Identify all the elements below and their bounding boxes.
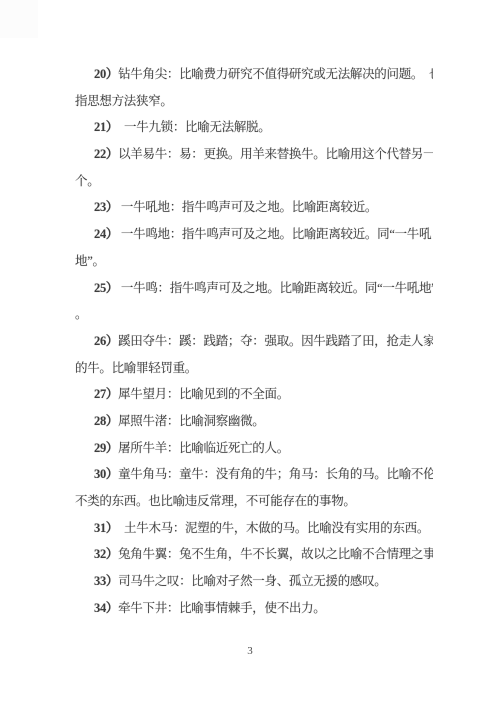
line-text: 犀牛望月：比喻见到的不全面。 bbox=[118, 387, 289, 401]
line-text: 蹊田夺牛：蹊：践踏；夺：强取。因牛践踏了田，抢走人家 bbox=[118, 334, 433, 348]
line-number: 22） bbox=[94, 147, 118, 161]
text-line: 27）犀牛望月：比喻见到的不全面。 bbox=[75, 381, 433, 408]
line-text: 一牛鸣：指牛鸣声可及之地。比喻距离较近。同“一牛吼地” bbox=[118, 281, 433, 295]
line-text: 兔角牛翼：兔不生角，牛不长翼，故以之比喻不合情理之事。 bbox=[118, 547, 433, 561]
line-text: 司马牛之叹：比喻对孑然一身、孤立无援的感叹。 bbox=[118, 574, 386, 588]
text-line: 个。 bbox=[75, 168, 433, 195]
line-number: 24） bbox=[94, 227, 118, 241]
line-number: 28） bbox=[94, 414, 118, 428]
text-line: 28）犀照牛渚：比喻洞察幽微。 bbox=[75, 408, 433, 435]
text-line: 26）蹊田夺牛：蹊：践踏；夺：强取。因牛践踏了田，抢走人家 bbox=[75, 328, 433, 355]
line-text: 以羊易牛：易：更换。用羊来替换牛。比喻用这个代替另一 bbox=[118, 147, 433, 161]
text-block: 20）钻牛角尖：比喻费力研究不值得研究或无法解决的问题。 也指思想方法狭窄。21… bbox=[75, 61, 433, 621]
text-line: 的牛。比喻罪轻罚重。 bbox=[75, 355, 433, 382]
text-line: 25） 一牛鸣：指牛鸣声可及之地。比喻距离较近。同“一牛吼地” bbox=[75, 275, 433, 302]
line-text: 一牛九锁：比喻无法解脱。 bbox=[112, 120, 271, 134]
text-line: 指思想方法狭窄。 bbox=[75, 88, 433, 115]
line-number: 20） bbox=[94, 67, 118, 81]
line-text: 指思想方法狭窄。 bbox=[75, 94, 173, 108]
line-text: 牵牛下井：比喻事情棘手，使不出力。 bbox=[118, 601, 325, 615]
text-line: 23） 一牛吼地：指牛鸣声可及之地。比喻距离较近。 bbox=[75, 194, 433, 221]
text-line: 22）以羊易牛：易：更换。用羊来替换牛。比喻用这个代替另一 bbox=[75, 141, 433, 168]
line-text: 地”。 bbox=[75, 254, 105, 268]
line-text: 不类的东西。也比喻违反常理，不可能存在的事物。 bbox=[75, 494, 356, 508]
line-text: 。 bbox=[75, 307, 87, 321]
scan-artifact bbox=[0, 0, 38, 38]
text-line: 。 bbox=[75, 301, 433, 328]
page-number: 3 bbox=[0, 645, 500, 657]
line-number: 21） bbox=[94, 120, 112, 134]
text-line: 34）牵牛下井：比喻事情棘手，使不出力。 bbox=[75, 595, 433, 622]
line-number: 34） bbox=[94, 601, 118, 615]
text-line: 24） 一牛鸣地：指牛鸣声可及之地。比喻距离较近。同“一牛吼 bbox=[75, 221, 433, 248]
text-line: 29）屠所牛羊：比喻临近死亡的人。 bbox=[75, 435, 433, 462]
text-line: 地”。 bbox=[75, 248, 433, 275]
line-text: 个。 bbox=[75, 174, 99, 188]
line-text: 童牛角马：童牛：没有角的牛；角马：长角的马。比喻不伦 bbox=[118, 467, 433, 481]
line-number: 32） bbox=[94, 547, 118, 561]
line-number: 30） bbox=[94, 467, 118, 481]
line-number: 31） bbox=[94, 521, 112, 535]
line-number: 33） bbox=[94, 574, 118, 588]
line-text: 一牛吼地：指牛鸣声可及之地。比喻距离较近。 bbox=[118, 200, 377, 214]
line-text: 屠所牛羊：比喻临近死亡的人。 bbox=[118, 441, 289, 455]
line-text: 犀照牛渚：比喻洞察幽微。 bbox=[118, 414, 264, 428]
line-text: 一牛鸣地：指牛鸣声可及之地。比喻距离较近。同“一牛吼 bbox=[118, 227, 431, 241]
line-number: 26） bbox=[94, 334, 118, 348]
line-text: 钻牛角尖：比喻费力研究不值得研究或无法解决的问题。 也 bbox=[118, 67, 433, 81]
line-number: 29） bbox=[94, 441, 118, 455]
text-line: 30）童牛角马：童牛：没有角的牛；角马：长角的马。比喻不伦 bbox=[75, 461, 433, 488]
text-line: 31） 土牛木马：泥塑的牛，木做的马。比喻没有实用的东西。 bbox=[75, 515, 433, 542]
text-line: 20）钻牛角尖：比喻费力研究不值得研究或无法解决的问题。 也 bbox=[75, 61, 433, 88]
text-line: 21） 一牛九锁：比喻无法解脱。 bbox=[75, 114, 433, 141]
line-number: 23） bbox=[94, 200, 118, 214]
text-line: 32）兔角牛翼：兔不生角，牛不长翼，故以之比喻不合情理之事。 bbox=[75, 541, 433, 568]
line-number: 25） bbox=[94, 281, 118, 295]
line-number: 27） bbox=[94, 387, 118, 401]
document-page: 20）钻牛角尖：比喻费力研究不值得研究或无法解决的问题。 也指思想方法狭窄。21… bbox=[0, 0, 500, 708]
line-text: 土牛木马：泥塑的牛，木做的马。比喻没有实用的东西。 bbox=[112, 521, 429, 535]
text-line: 不类的东西。也比喻违反常理，不可能存在的事物。 bbox=[75, 488, 433, 515]
text-line: 33）司马牛之叹：比喻对孑然一身、孤立无援的感叹。 bbox=[75, 568, 433, 595]
line-text: 的牛。比喻罪轻罚重。 bbox=[75, 361, 197, 375]
